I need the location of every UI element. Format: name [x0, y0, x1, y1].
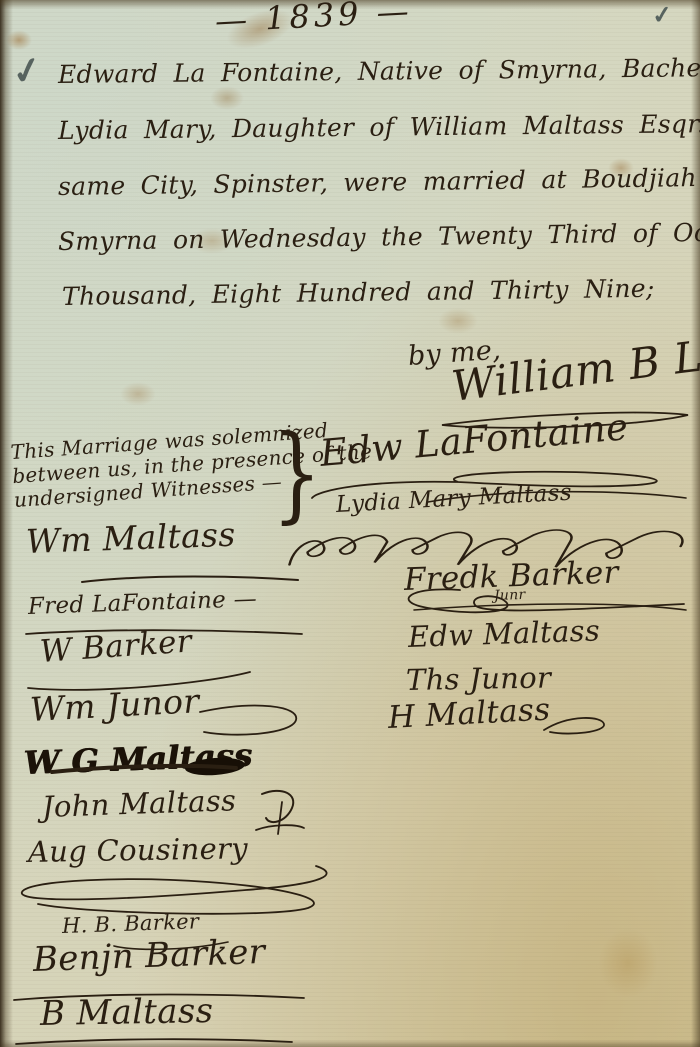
- witness-signature: B Maltass: [40, 991, 214, 1034]
- register-page: ✓ ✓ — 1839 — Edward La Fontaine, Native …: [0, 0, 700, 1047]
- paraph-flourish: [252, 786, 308, 838]
- witness-signature-suffix: Junr: [494, 587, 526, 604]
- record-line-2: Lydia Mary, Daughter of William Maltass …: [58, 108, 700, 145]
- witness-underline: [80, 572, 302, 586]
- witness-signature: Fred LaFontaine —: [28, 586, 258, 620]
- stain: [438, 308, 478, 334]
- witness-signature: Edw Maltass: [407, 613, 600, 654]
- witness-tail-flourish: [540, 712, 610, 738]
- witness-signature: Benjn Barker: [32, 932, 266, 980]
- witness-signature: Wm Maltass: [25, 515, 236, 561]
- officiant-signature: William B Lewis: [449, 320, 700, 411]
- stain: [120, 382, 156, 406]
- attestation-block: This Marriage was solemnized between us,…: [10, 420, 304, 512]
- strike-flourish: [50, 762, 240, 776]
- witness-underline: [14, 1036, 296, 1047]
- checkmark-icon: ✓: [8, 47, 46, 94]
- record-line-4: Smyrna on Wednesday the Twenty Third of …: [58, 216, 700, 256]
- witness-signature: Wm Junor: [29, 681, 200, 729]
- stain: [210, 86, 244, 110]
- page-edge-right: [691, 0, 700, 1047]
- witness-signature: John Maltass: [41, 783, 236, 824]
- year-heading: — 1839 —: [214, 0, 413, 40]
- stain: [598, 928, 658, 998]
- record-line-1: Edward La Fontaine, Native of Smyrna, Ba…: [58, 52, 700, 89]
- checkmark-icon: ✓: [651, 0, 674, 30]
- witness-oval-flourish: [8, 860, 340, 916]
- witness-signature: H. B. Barker: [62, 909, 200, 938]
- witness-signature: H Maltass: [387, 692, 551, 736]
- record-line-5: Thousand, Eight Hundred and Thirty Nine;: [62, 274, 655, 311]
- record-line-3: same City, Spinster, were married at Bou…: [58, 162, 700, 201]
